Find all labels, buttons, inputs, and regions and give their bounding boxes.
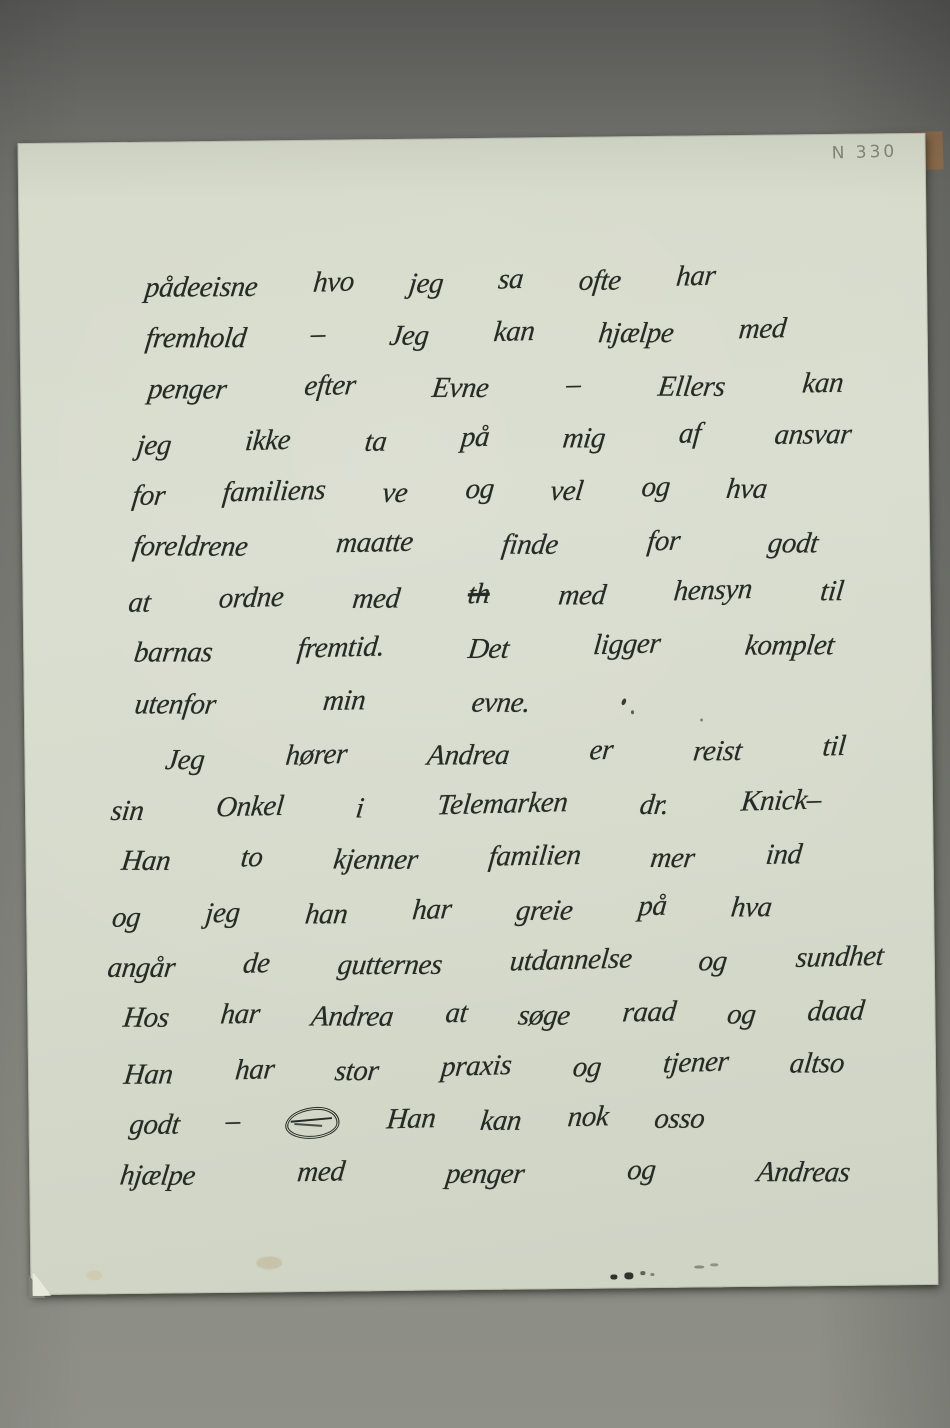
handwritten-word: Andrea xyxy=(425,738,511,772)
handwritten-word: komplet xyxy=(743,630,836,663)
handwritten-word: i xyxy=(354,792,366,825)
manuscript-line: forfamiliensveogveloghva xyxy=(132,462,768,522)
handwritten-word: hvo xyxy=(311,265,355,299)
handwritten-word: godt xyxy=(766,527,820,560)
handwritten-word: med xyxy=(737,312,787,346)
handwritten-word: familien xyxy=(487,839,582,874)
manuscript-line: angårdegutternesutdannelseogsundhet xyxy=(108,933,884,994)
handwritten-word: med xyxy=(350,583,401,616)
handwritten-word: vel xyxy=(549,475,586,508)
handwritten-word: for xyxy=(645,524,681,558)
handwritten-word: har xyxy=(675,259,717,293)
handwritten-word: Andrea xyxy=(309,1001,395,1034)
handwritten-word: penger xyxy=(146,373,228,406)
handwritten-word: ind xyxy=(764,838,803,872)
handwritten-word: utdannelse xyxy=(508,942,633,978)
handwritten-word: godt xyxy=(128,1109,182,1142)
handwritten-word: jeg xyxy=(204,896,241,930)
handwritten-word: og xyxy=(697,945,729,978)
handwritten-word: hjælpe xyxy=(118,1159,197,1192)
handwritten-word: søge xyxy=(517,1000,573,1033)
handwritten-word: og xyxy=(626,1153,658,1187)
handwritten-word: sundhet xyxy=(794,940,885,975)
handwritten-word: Han xyxy=(385,1102,437,1136)
handwritten-word: og xyxy=(725,999,757,1032)
handwritten-word: at xyxy=(127,587,153,620)
handwritten-word: tjener xyxy=(661,1045,729,1080)
struck-word: th xyxy=(467,578,492,612)
handwritten-word: og xyxy=(464,473,495,507)
handwritten-word: har xyxy=(233,1053,275,1087)
handwritten-word: af xyxy=(678,417,703,451)
handwritten-word: til xyxy=(821,729,847,763)
manuscript-line: fremhold–Jegkanhjælpemed xyxy=(145,305,786,365)
handwritten-word: sin xyxy=(109,795,146,828)
handwritten-word: evne. xyxy=(469,686,531,719)
handwritten-word: ta xyxy=(363,426,389,459)
handwritten-word: altso xyxy=(788,1047,846,1080)
handwritten-word: gutternes xyxy=(335,949,443,982)
handwritten-word: kan xyxy=(479,1105,524,1138)
handwritten-word: jeg xyxy=(407,267,445,300)
handwritten-word: – xyxy=(565,368,583,401)
handwritten-word: Ellers xyxy=(656,370,727,403)
handwritten-word: Jeg xyxy=(388,320,431,353)
handwritten-word: ofte xyxy=(577,264,623,297)
manuscript-line: utenforminevne. xyxy=(135,676,530,730)
manuscript-line: Hanharstorpraxisogtjeneraltso xyxy=(124,1036,845,1100)
handwritten-word: fremhold xyxy=(144,322,248,355)
handwritten-word: ordne xyxy=(218,581,286,616)
handwritten-word: penger xyxy=(445,1157,527,1190)
manuscript-line: barnasfremtid.Detliggerkomplet xyxy=(134,619,835,679)
handwritten-word: praxis xyxy=(439,1049,512,1084)
handwritten-word: greie xyxy=(515,894,575,928)
manuscript-text: pådeeisnehvojegsaofteharfremhold–Jegkanh… xyxy=(99,251,900,1203)
handwritten-word: sa xyxy=(497,262,525,296)
handwritten-word: min xyxy=(321,684,367,718)
manuscript-line: hjælpemedpengerogAndreas xyxy=(120,1145,850,1201)
handwritten-word: foreldrene xyxy=(131,530,250,563)
manuscript-line: pengerefterEvne–Ellerskan xyxy=(148,359,843,415)
handwritten-word: dr. xyxy=(638,789,671,822)
ink-blot xyxy=(284,1107,342,1139)
handwritten-word: reist xyxy=(691,734,743,767)
handwritten-word: – xyxy=(309,318,326,351)
handwritten-word: ikke xyxy=(244,424,292,458)
manuscript-line: foreldrenemaattefindeforgodt xyxy=(133,516,818,572)
manuscript-line: HosharAndreaatsøgeraadogdaad xyxy=(123,987,863,1043)
handwritten-word: Telemarken xyxy=(435,786,569,822)
bottom-edge-marks xyxy=(588,1269,738,1281)
ink-speck xyxy=(631,710,634,714)
handwritten-word: og xyxy=(110,901,142,934)
handwritten-word: på xyxy=(637,889,668,923)
folded-corner-bottom-left xyxy=(32,1271,51,1296)
handwritten-word: Han xyxy=(122,1058,174,1091)
handwritten-word: er xyxy=(588,733,614,767)
handwritten-word: kjenner xyxy=(331,843,419,876)
handwritten-word: finde xyxy=(500,528,560,561)
manuscript-line: JeghørerAndreaerreisttil xyxy=(165,722,846,786)
handwritten-word: raad xyxy=(621,996,678,1030)
handwritten-word: to xyxy=(240,841,265,874)
handwritten-word: at xyxy=(444,997,469,1030)
handwritten-word: mer xyxy=(649,842,697,875)
manuscript-line: Hantokjennerfamilienmerind xyxy=(122,831,802,887)
handwritten-word: har xyxy=(219,998,262,1032)
handwritten-word: efter xyxy=(302,369,357,403)
handwritten-word: jeg xyxy=(135,429,173,462)
handwritten-word: Knick– xyxy=(740,783,823,818)
manuscript-line: pådeeisnehvojegsaoftehar xyxy=(145,252,716,314)
handwritten-word: nok xyxy=(566,1100,610,1134)
handwritten-word: Andreas xyxy=(755,1155,852,1188)
handwritten-word: med xyxy=(296,1155,347,1189)
handwritten-word: hører xyxy=(284,737,348,772)
handwritten-word: osso xyxy=(653,1103,707,1136)
paper-stain xyxy=(86,1270,102,1280)
handwritten-word: han xyxy=(303,898,349,931)
handwritten-word: angår xyxy=(106,951,177,984)
handwritten-word: Evne xyxy=(430,371,490,404)
handwritten-word: hjælpe xyxy=(597,317,676,350)
handwritten-word: hva xyxy=(725,473,770,506)
handwritten-word: kan xyxy=(801,366,845,400)
handwritten-word: hensyn xyxy=(673,573,754,608)
handwritten-word: Det xyxy=(466,633,511,666)
handwritten-word: kan xyxy=(492,315,536,349)
handwritten-word: fremtid. xyxy=(296,631,386,666)
letter-paper: N 330 pådeeisnehvojegsaofteharfremhold–J… xyxy=(17,133,938,1295)
handwritten-word: Jeg xyxy=(164,743,207,776)
handwritten-word: barnas xyxy=(132,637,214,670)
archive-number: N 330 xyxy=(832,142,898,164)
handwritten-word: de xyxy=(242,947,272,981)
handwritten-word: ve xyxy=(381,477,410,510)
manuscript-line: sinOnkeliTelemarkendr.Knick– xyxy=(111,776,822,836)
handwritten-word: familiens xyxy=(221,474,327,510)
ink-speck xyxy=(700,718,703,721)
handwritten-word: med xyxy=(556,579,607,612)
handwritten-word: Hos xyxy=(121,1002,171,1035)
handwritten-word: stor xyxy=(333,1054,380,1087)
photo-backdrop: N 330 pådeeisnehvojegsaofteharfremhold–J… xyxy=(0,0,950,1428)
manuscript-line: ogjeghanhargreiepåhva xyxy=(112,880,773,943)
paper-stain xyxy=(256,1256,282,1269)
manuscript-line: godt–Hankannokosso xyxy=(129,1092,705,1151)
handwritten-word: har xyxy=(411,892,453,926)
handwritten-word: maatte xyxy=(335,525,415,559)
handwritten-word: og xyxy=(640,471,671,505)
handwritten-word: ligger xyxy=(592,628,662,663)
handwritten-word: på xyxy=(459,421,490,455)
handwritten-word: mig xyxy=(561,422,607,455)
handwritten-word: for xyxy=(130,480,167,513)
handwritten-word: daad xyxy=(805,995,865,1029)
handwritten-word: Han xyxy=(119,845,172,878)
handwritten-word: – xyxy=(224,1105,241,1138)
handwritten-word: hva xyxy=(730,890,774,923)
handwritten-word: til xyxy=(819,575,846,608)
handwritten-word: og xyxy=(571,1051,603,1084)
handwritten-word: utenfor xyxy=(133,688,218,721)
handwritten-word: ansvar xyxy=(773,418,853,452)
handwritten-word: pådeeisne xyxy=(143,271,259,305)
handwritten-word: Onkel xyxy=(215,789,286,824)
